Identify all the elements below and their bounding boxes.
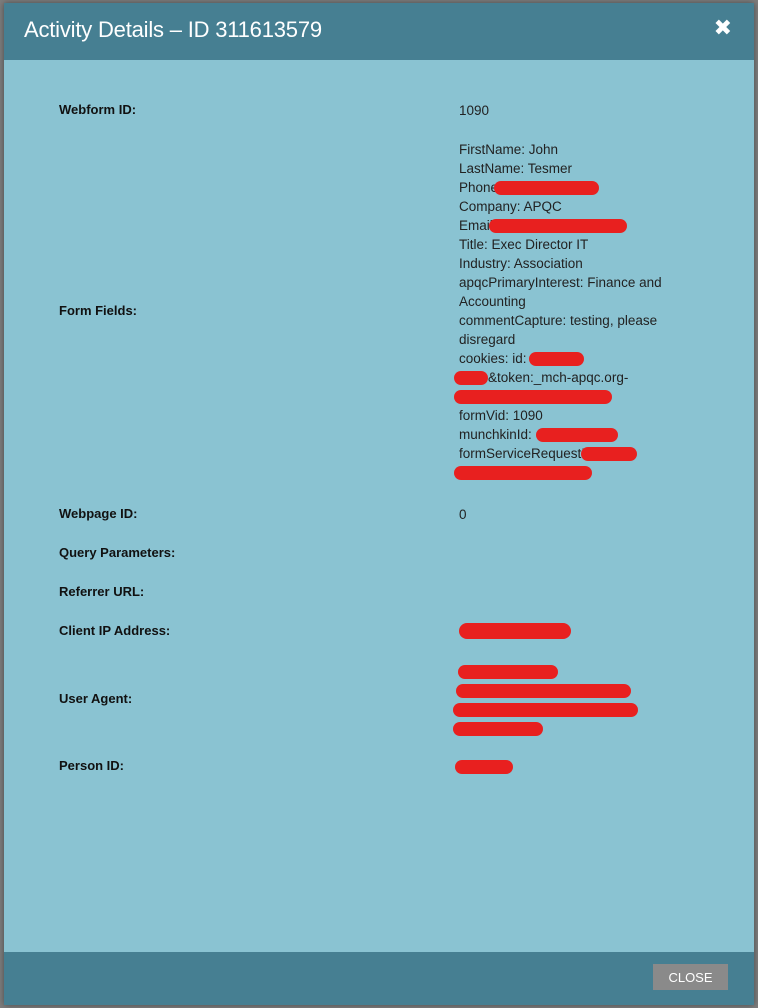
redaction-mark [453,703,638,717]
dialog-header: Activity Details – ID 311613579 ✖ [4,3,754,60]
form-field-line [459,387,689,406]
value-form-fields: FirstName: John LastName: Tesmer Phone C… [459,140,689,482]
dialog-title: Activity Details – ID 311613579 [24,17,322,43]
activity-details-dialog: Activity Details – ID 311613579 ✖ Webfor… [4,3,754,1005]
redaction-mark [581,447,637,461]
redaction-mark [454,466,592,480]
form-field-line: commentCapture: testing, please [459,311,689,330]
form-field-line: Industry: Association [459,254,689,273]
redaction-mark [489,219,627,233]
redaction-mark [459,623,571,639]
form-field-line: FirstName: John [459,140,689,159]
form-field-line: cookies: id: [459,349,689,368]
label-webpage-id: Webpage ID: [59,506,138,521]
label-referrer-url: Referrer URL: [59,584,144,599]
redaction-mark [454,371,488,385]
label-client-ip: Client IP Address: [59,623,170,638]
label-form-fields: Form Fields: [59,303,137,318]
form-field-line: disregard [459,330,689,349]
dialog-body: Webform ID: 1090 Form Fields: FirstName:… [4,60,754,955]
dialog-footer: CLOSE [4,952,754,1005]
redaction-mark [529,352,584,366]
redaction-mark [454,390,612,404]
form-field-line: Phone [459,178,689,197]
close-icon[interactable]: ✖ [714,18,732,40]
value-person-id [459,757,689,776]
form-field-line: LastName: Tesmer [459,159,689,178]
form-field-line: Title: Exec Director IT [459,235,689,254]
value-webpage-id: 0 [459,505,689,524]
form-field-line: munchkinId: [459,425,689,444]
form-field-line: &token:_mch-apqc.org- [459,368,689,387]
form-field-line [459,463,689,482]
value-webform-id: 1090 [459,101,689,120]
label-webform-id: Webform ID: [59,102,136,117]
value-client-ip [459,621,689,640]
redaction-mark [458,665,558,679]
label-query-parameters: Query Parameters: [59,545,175,560]
form-field-line: formVid: 1090 [459,406,689,425]
form-field-line: Accounting [459,292,689,311]
redaction-mark [494,181,599,195]
redaction-mark [456,684,631,698]
label-user-agent: User Agent: [59,691,132,706]
form-field-line: formServiceRequestI [459,444,689,463]
close-button[interactable]: CLOSE [653,964,728,990]
label-person-id: Person ID: [59,758,124,773]
redaction-mark [453,722,543,736]
form-field-line: Email [459,216,689,235]
redaction-mark [536,428,618,442]
value-user-agent [459,662,689,738]
form-field-line: Company: APQC [459,197,689,216]
redaction-mark [455,760,513,774]
form-field-line: apqcPrimaryInterest: Finance and [459,273,689,292]
